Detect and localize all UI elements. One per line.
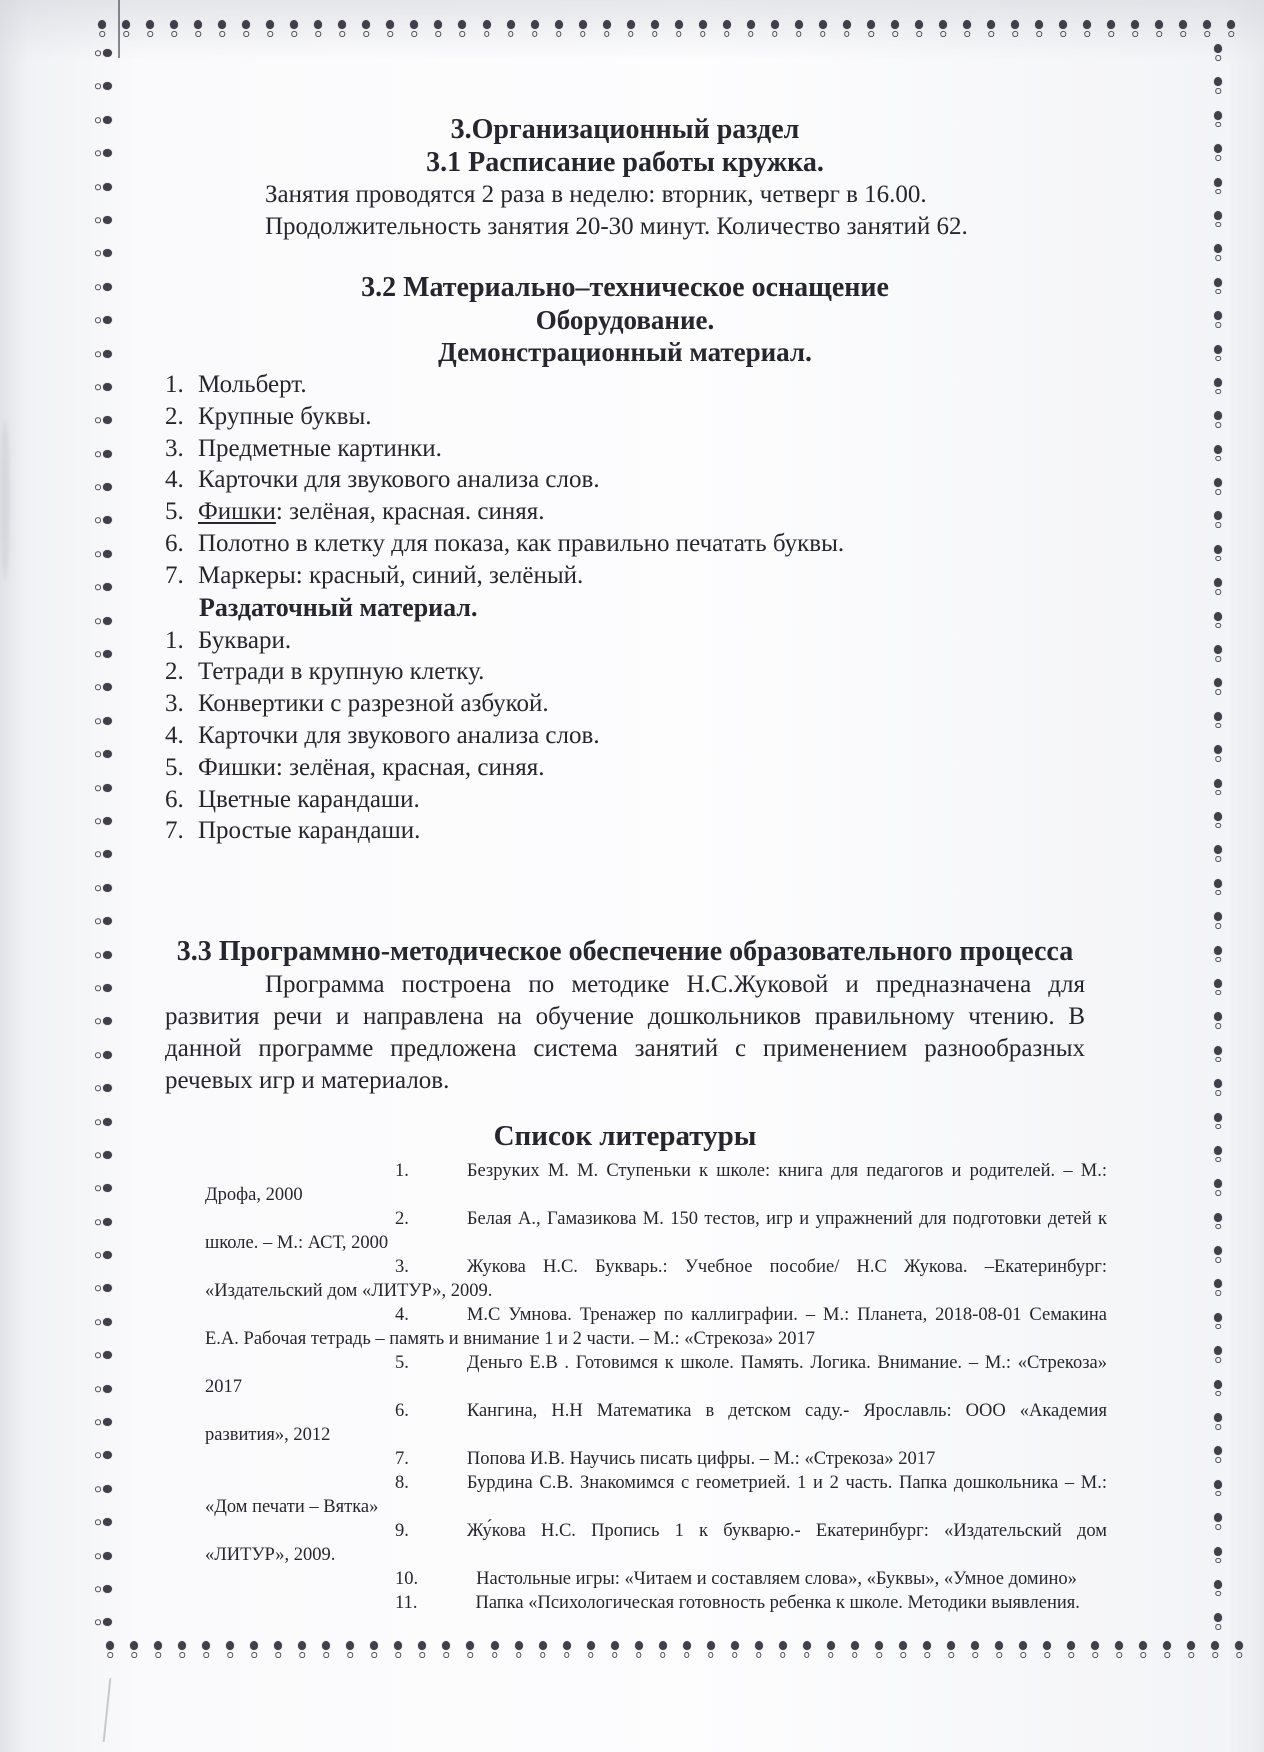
handout-heading: Раздаточный материал. [199, 592, 1085, 624]
list-item: 5.Фишки: зелёная, красная. синяя. [165, 496, 1085, 528]
bead-ornament-icon [94, 982, 112, 994]
bead-ornament-icon [94, 47, 112, 59]
list-item: 6.Цветные карандаши. [165, 784, 1085, 816]
program-description: Программа построена по методике Н.С.Жуко… [165, 969, 1085, 1097]
reference-item: 8.Бурдина С.В. Знакомимся с геометрией. … [205, 1471, 1107, 1519]
bead-ornament-icon [1212, 1113, 1224, 1131]
bead-ornament-icon [94, 1550, 112, 1562]
bead-ornament-icon [1065, 1641, 1077, 1659]
bead-ornament-icon [94, 1015, 112, 1027]
bead-ornament-icon [969, 1641, 981, 1659]
bead-ornament-icon [1212, 612, 1224, 630]
bead-ornament-icon [609, 1641, 621, 1659]
bead-ornament-icon [94, 1516, 112, 1528]
bead-ornament-icon [144, 20, 156, 38]
list-item-number: 6. [165, 528, 198, 560]
bead-ornament-icon [1113, 1641, 1125, 1659]
bead-ornament-icon [849, 1641, 861, 1659]
list-item: 5.Фишки: зелёная, красная, синяя. [165, 752, 1085, 784]
bead-ornament-icon [1212, 946, 1224, 964]
bead-ornament-icon [200, 1641, 212, 1659]
bead-ornament-icon [921, 1641, 933, 1659]
bead-ornament-icon [745, 20, 757, 38]
bead-ornament-icon [168, 20, 180, 38]
bead-ornament-icon [985, 20, 997, 38]
bead-ornament-icon [120, 20, 132, 38]
bead-ornament-icon [1212, 912, 1224, 930]
bead-ornament-icon [1201, 20, 1213, 38]
bead-ornament-icon [1212, 1480, 1224, 1498]
list-item: 2.Крупные буквы. [165, 401, 1085, 433]
list-item-text: Крупные буквы. [198, 401, 372, 433]
bead-ornament-icon [176, 1641, 188, 1659]
bead-ornament-icon [94, 348, 112, 360]
bead-ornament-icon [94, 848, 112, 860]
bead-ornament-icon [94, 1149, 112, 1161]
bead-ornament-icon [94, 715, 112, 727]
bead-ornament-icon [913, 20, 925, 38]
bead-ornament-icon [94, 882, 112, 894]
list-item-text: Маркеры: красный, синий, зелёный. [198, 560, 583, 592]
reference-number: 3. [300, 1255, 409, 1279]
bead-ornament-icon [897, 1641, 909, 1659]
reference-item: 10.Настольные игры: «Читаем и составляем… [205, 1567, 1107, 1591]
reference-number: 4. [300, 1303, 409, 1327]
bead-ornament-icon [1081, 20, 1093, 38]
bead-ornament-icon [1212, 1146, 1224, 1164]
bead-ornament-icon [553, 20, 565, 38]
bead-ornament-icon [1212, 345, 1224, 363]
bead-ornament-icon [1212, 879, 1224, 897]
bead-ornament-icon [1212, 111, 1224, 129]
bead-ornament-icon [1212, 144, 1224, 162]
bead-ornament-icon [945, 1641, 957, 1659]
ornamental-border-top [96, 20, 1238, 38]
reference-number: 2. [300, 1207, 409, 1231]
list-item: 3.Конвертики с разрезной азбукой. [165, 688, 1085, 720]
bead-ornament-icon [657, 1641, 669, 1659]
reference-item: 6.Кангина, Н.Н Математика в детском саду… [205, 1399, 1107, 1447]
bead-ornament-icon [1185, 1641, 1197, 1659]
bead-ornament-icon [94, 247, 112, 259]
bead-ornament-icon [817, 20, 829, 38]
list-item-number: 1. [165, 369, 198, 401]
list-item: 3.Предметные картинки. [165, 433, 1085, 465]
bead-ornament-icon [224, 1641, 236, 1659]
bead-ornament-icon [416, 1641, 428, 1659]
bead-ornament-icon [1212, 1446, 1224, 1464]
ornamental-border-left [97, 44, 109, 1632]
reference-item: 1.Безруких М. М. Ступеньки к школе: книг… [205, 1159, 1107, 1207]
bead-ornament-icon [1153, 20, 1165, 38]
list-item: 4.Карточки для звукового анализа слов. [165, 720, 1085, 752]
bead-ornament-icon [937, 20, 949, 38]
ornamental-border-bottom [104, 1641, 1246, 1659]
bead-ornament-icon [1212, 311, 1224, 329]
bead-ornament-icon [94, 1483, 112, 1495]
reference-number: 1. [300, 1159, 409, 1183]
bead-ornament-icon [1212, 77, 1224, 95]
bead-ornament-icon [94, 581, 112, 593]
bead-ornament-icon [288, 20, 300, 38]
bead-ornament-icon [94, 1616, 112, 1628]
list-item-text: Фишки: зелёная, красная. синяя. [198, 496, 545, 528]
bead-ornament-icon [94, 681, 112, 693]
bead-ornament-icon [94, 114, 112, 126]
bead-ornament-icon [1212, 1613, 1224, 1631]
bead-ornament-icon [841, 20, 853, 38]
bead-ornament-icon [96, 20, 108, 38]
demo-material-heading: Демонстрационный материал. [165, 336, 1085, 368]
bead-ornament-icon [513, 1641, 525, 1659]
bead-ornament-icon [94, 414, 112, 426]
bead-ornament-icon [152, 1641, 164, 1659]
bead-ornament-icon [94, 815, 112, 827]
list-item-text: Тетради в крупную клетку. [198, 656, 484, 688]
bead-ornament-icon [649, 20, 661, 38]
bead-ornament-icon [94, 1282, 112, 1294]
bead-ornament-icon [1212, 1513, 1224, 1531]
section-3-1-title: 3.1 Расписание работы кружка. [165, 146, 1085, 179]
bead-ornament-icon [1212, 1313, 1224, 1331]
bead-ornament-icon [104, 1641, 116, 1659]
bead-ornament-icon [1177, 20, 1189, 38]
bead-ornament-icon [681, 1641, 693, 1659]
bead-ornament-icon [1009, 20, 1021, 38]
bead-ornament-icon [705, 1641, 717, 1659]
bead-ornament-icon [489, 1641, 501, 1659]
bead-ornament-icon [94, 1216, 112, 1228]
list-item-number: 3. [165, 433, 198, 465]
equipment-heading: Оборудование. [165, 304, 1085, 336]
bead-ornament-icon [94, 381, 112, 393]
list-item-text: Фишки: зелёная, красная, синяя. [198, 752, 545, 784]
bead-ornament-icon [94, 748, 112, 760]
bead-ornament-icon [1212, 812, 1224, 830]
list-item-text: Полотно в клетку для показа, как правиль… [198, 528, 844, 560]
bead-ornament-icon [1212, 244, 1224, 262]
list-item-text: Конвертики с разрезной азбукой. [198, 688, 549, 720]
section-3-2-title: 3.2 Материально–техническое оснащение [165, 271, 1085, 304]
bead-ornament-icon [1212, 979, 1224, 997]
bead-ornament-icon [216, 20, 228, 38]
bead-ornament-icon [1212, 1279, 1224, 1297]
handout-material-list: 1.Буквари.2.Тетради в крупную клетку.3.К… [165, 625, 1085, 848]
list-item-text: Карточки для звукового анализа слов. [198, 464, 600, 496]
bead-ornament-icon [408, 20, 420, 38]
bead-ornament-icon [1212, 1012, 1224, 1030]
reference-item: 4.М.С Умнова. Тренажер по каллиграфии. –… [205, 1303, 1107, 1351]
bead-ornament-icon [192, 20, 204, 38]
bead-ornament-icon [94, 548, 112, 560]
list-item-number: 1. [165, 625, 198, 657]
bead-ornament-icon [94, 181, 112, 193]
bead-ornament-icon [384, 20, 396, 38]
bead-ornament-icon [1212, 745, 1224, 763]
bead-ornament-icon [625, 20, 637, 38]
bead-ornament-icon [721, 20, 733, 38]
bead-ornament-icon [1212, 1580, 1224, 1598]
bead-ornament-icon [1129, 20, 1141, 38]
list-item: 7.Маркеры: красный, синий, зелёный. [165, 560, 1085, 592]
bead-ornament-icon [94, 648, 112, 660]
bead-ornament-icon [529, 20, 541, 38]
bead-ornament-icon [94, 1182, 112, 1194]
bead-ornament-icon [1212, 478, 1224, 496]
bead-ornament-icon [94, 915, 112, 927]
bead-ornament-icon [633, 1641, 645, 1659]
bead-ornament-icon [697, 20, 709, 38]
bead-ornament-icon [585, 1641, 597, 1659]
bead-ornament-icon [392, 1641, 404, 1659]
list-item: 1.Мольберт. [165, 369, 1085, 401]
bead-ornament-icon [577, 20, 589, 38]
bead-ornament-icon [1212, 578, 1224, 596]
list-item-text: Карточки для звукового анализа слов. [198, 720, 600, 752]
bead-ornament-icon [873, 1641, 885, 1659]
bead-ornament-icon [94, 1449, 112, 1461]
bead-ornament-icon [1212, 779, 1224, 797]
bead-ornament-icon [1212, 44, 1224, 62]
bead-ornament-icon [94, 80, 112, 92]
bead-ornament-icon [1041, 1641, 1053, 1659]
bead-ornament-icon [537, 1641, 549, 1659]
bead-ornament-icon [561, 1641, 573, 1659]
bead-ornament-icon [94, 1416, 112, 1428]
list-item-number: 4. [165, 464, 198, 496]
bead-ornament-icon [94, 1116, 112, 1128]
bead-ornament-icon [94, 448, 112, 460]
bead-ornament-icon [481, 20, 493, 38]
bead-ornament-icon [1212, 645, 1224, 663]
bead-ornament-icon [432, 20, 444, 38]
schedule-paragraph-1: Занятия проводятся 2 раза в неделю: втор… [165, 179, 1085, 211]
bead-ornament-icon [94, 1349, 112, 1361]
bead-ornament-icon [601, 20, 613, 38]
bead-ornament-icon [1212, 1413, 1224, 1431]
underlined-word: Фишки [198, 498, 276, 525]
scanned-document-page: 3.Организационный раздел 3.1 Расписание … [0, 0, 1264, 1752]
bead-ornament-icon [1212, 278, 1224, 296]
bead-ornament-icon [1212, 712, 1224, 730]
bead-ornament-icon [1212, 411, 1224, 429]
list-item-number: 7. [165, 560, 198, 592]
list-item-text: Цветные карандаши. [198, 784, 420, 816]
list-item-text: Простые карандаши. [198, 815, 420, 847]
bead-ornament-icon [94, 782, 112, 794]
bead-ornament-icon [1212, 178, 1224, 196]
list-item: 7.Простые карандаши. [165, 815, 1085, 847]
bead-ornament-icon [1212, 1213, 1224, 1231]
bead-ornament-icon [320, 1641, 332, 1659]
reference-number: 11. [300, 1591, 417, 1615]
reference-number: 7. [300, 1447, 409, 1471]
reference-item: 7.Попова И.В. Научись писать цифры. – М.… [205, 1447, 1107, 1471]
bead-ornament-icon [94, 481, 112, 493]
bead-ornament-icon [336, 20, 348, 38]
list-item-number: 3. [165, 688, 198, 720]
bead-ornament-icon [1057, 20, 1069, 38]
list-item-number: 5. [165, 752, 198, 784]
bead-ornament-icon [961, 20, 973, 38]
bead-ornament-icon [94, 1316, 112, 1328]
list-item: 2.Тетради в крупную клетку. [165, 656, 1085, 688]
bibliography-list: 1.Безруких М. М. Ступеньки к школе: книг… [205, 1159, 1107, 1615]
section-3-3-title: 3.3 Программно-методическое обеспечение … [165, 935, 1085, 968]
bead-ornament-icon [94, 1082, 112, 1094]
bead-ornament-icon [1212, 1380, 1224, 1398]
bead-ornament-icon [464, 1641, 476, 1659]
bead-ornament-icon [312, 20, 324, 38]
bead-ornament-icon [1212, 378, 1224, 396]
bead-ornament-icon [1212, 545, 1224, 563]
list-item-number: 2. [165, 656, 198, 688]
scan-artifact-line [103, 1678, 112, 1742]
bead-ornament-icon [1225, 20, 1237, 38]
bead-ornament-icon [729, 1641, 741, 1659]
reference-number: 10. [300, 1567, 418, 1591]
bead-ornament-icon [1212, 1547, 1224, 1565]
bead-ornament-icon [128, 1641, 140, 1659]
bead-ornament-icon [94, 1383, 112, 1395]
reference-text: Настольные игры: «Читаем и составляем сл… [476, 1569, 1077, 1589]
demo-material-list: 1.Мольберт.2.Крупные буквы.3.Предметные … [165, 369, 1085, 592]
reference-item: 11.Папка «Психологическая готовность реб… [205, 1591, 1107, 1615]
bead-ornament-icon [1017, 1641, 1029, 1659]
bead-ornament-icon [769, 20, 781, 38]
bead-ornament-icon [1212, 511, 1224, 529]
list-item-number: 4. [165, 720, 198, 752]
list-item-number: 5. [165, 496, 198, 528]
bead-ornament-icon [94, 1249, 112, 1261]
bead-ornament-icon [94, 615, 112, 627]
list-item: 1.Буквари. [165, 625, 1085, 657]
bead-ornament-icon [1212, 1046, 1224, 1064]
reference-number: 9. [300, 1519, 409, 1543]
bead-ornament-icon [94, 949, 112, 961]
schedule-paragraph-2: Продолжительность занятия 20-30 минут. К… [165, 211, 1085, 243]
bead-ornament-icon [94, 1583, 112, 1595]
bead-ornament-icon [94, 147, 112, 159]
bead-ornament-icon [94, 214, 112, 226]
bead-ornament-icon [1212, 845, 1224, 863]
bead-ornament-icon [1212, 678, 1224, 696]
bead-ornament-icon [1212, 211, 1224, 229]
list-item-number: 7. [165, 815, 198, 847]
reference-text: Попова И.В. Научись писать цифры. – М.: … [467, 1449, 935, 1469]
bead-ornament-icon [456, 20, 468, 38]
bead-ornament-icon [296, 1641, 308, 1659]
bead-ornament-icon [1033, 20, 1045, 38]
bead-ornament-icon [1089, 1641, 1101, 1659]
bead-ornament-icon [777, 1641, 789, 1659]
bead-ornament-icon [505, 20, 517, 38]
reference-item: 3.Жукова Н.С. Букварь.: Учебное пособие/… [205, 1255, 1107, 1303]
bead-ornament-icon [248, 1641, 260, 1659]
bead-ornament-icon [1212, 1246, 1224, 1264]
list-item-text: Мольберт. [198, 369, 307, 401]
scan-smudge [0, 420, 10, 580]
bead-ornament-icon [1105, 20, 1117, 38]
reference-number: 6. [300, 1399, 409, 1423]
reference-item: 2.Белая А., Гамазикова М. 150 тестов, иг… [205, 1207, 1107, 1255]
bead-ornament-icon [94, 314, 112, 326]
bead-ornament-icon [94, 1049, 112, 1061]
bead-ornament-icon [1233, 1641, 1245, 1659]
bead-ornament-icon [753, 1641, 765, 1659]
bead-ornament-icon [94, 281, 112, 293]
bead-ornament-icon [1212, 1179, 1224, 1197]
bead-ornament-icon [1212, 1346, 1224, 1364]
reference-item: 5.Деньго Е.В . Готовимся к школе. Память… [205, 1351, 1107, 1399]
bead-ornament-icon [360, 20, 372, 38]
list-item-number: 2. [165, 401, 198, 433]
document-content: 3.Организационный раздел 3.1 Расписание … [165, 100, 1085, 1615]
bead-ornament-icon [344, 1641, 356, 1659]
bead-ornament-icon [1137, 1641, 1149, 1659]
reference-number: 5. [300, 1351, 409, 1375]
list-item-text: Предметные картинки. [198, 433, 442, 465]
reference-number: 8. [300, 1471, 409, 1495]
bead-ornament-icon [801, 1641, 813, 1659]
bead-ornament-icon [264, 20, 276, 38]
reference-item: 9.Жу́кова Н.С. Пропись 1 к букварю.- Ека… [205, 1519, 1107, 1567]
bead-ornament-icon [440, 1641, 452, 1659]
bead-ornament-icon [865, 20, 877, 38]
bead-ornament-icon [1161, 1641, 1173, 1659]
ornamental-border-right [1212, 44, 1224, 1632]
bibliography-heading: Список литературы [165, 1119, 1085, 1153]
list-item-number: 6. [165, 784, 198, 816]
bead-ornament-icon [1209, 1641, 1221, 1659]
bead-ornament-icon [889, 20, 901, 38]
bead-ornament-icon [825, 1641, 837, 1659]
list-item: 4.Карточки для звукового анализа слов. [165, 464, 1085, 496]
reference-text: Папка «Психологическая готовность ребенк… [475, 1593, 1079, 1613]
bead-ornament-icon [793, 20, 805, 38]
bead-ornament-icon [993, 1641, 1005, 1659]
bead-ornament-icon [673, 20, 685, 38]
bead-ornament-icon [1212, 445, 1224, 463]
bead-ornament-icon [240, 20, 252, 38]
bead-ornament-icon [1212, 1079, 1224, 1097]
list-item-text: Буквари. [198, 625, 291, 657]
bead-ornament-icon [94, 514, 112, 526]
section-3-title: 3.Организационный раздел [165, 113, 1085, 146]
bead-ornament-icon [272, 1641, 284, 1659]
bead-ornament-icon [368, 1641, 380, 1659]
list-item: 6.Полотно в клетку для показа, как прави… [165, 528, 1085, 560]
